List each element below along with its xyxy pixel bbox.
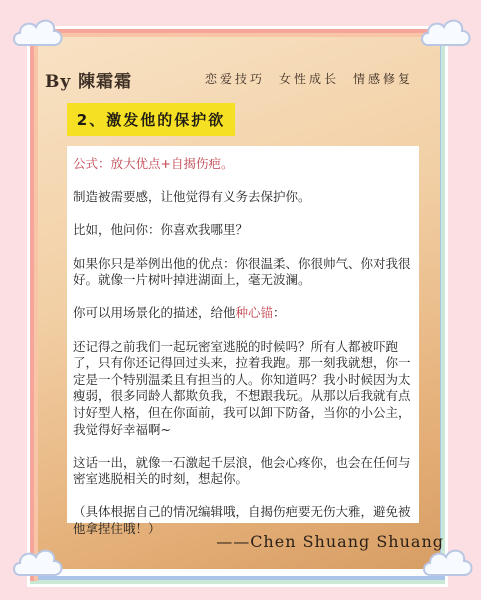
- highlight-text: 种心锚: [236, 305, 274, 320]
- tag-relationship-repair: 情感修复: [353, 70, 413, 87]
- paragraph: 这话一出，就像一石激起千层浪，他会心疼你，也会在任何与密室逃脱相关的时刻，想起你…: [73, 455, 413, 488]
- cloud-icon: [10, 15, 66, 55]
- paragraph: 制造被需要感，让他觉得有义务去保护你。: [73, 189, 413, 206]
- formula-label: 公式：: [73, 156, 111, 171]
- formula-value: 放大优点+自揭伤疤。: [111, 156, 234, 171]
- topic-tags: 恋爱技巧 女性成长 情感修复: [205, 70, 413, 87]
- paragraph: 还记得之前我们一起玩密室逃脱的时候吗？所有人都被吓跑了，只有你还记得回过头来，拉…: [73, 339, 413, 439]
- formula-line: 公式：放大优点+自揭伤疤。: [73, 156, 413, 173]
- paragraph: 你可以用场景化的描述，给他种心锚：: [73, 305, 413, 322]
- paragraph-text: ：: [273, 305, 286, 320]
- tag-love-skills: 恋爱技巧: [205, 70, 265, 87]
- paragraph: 如果你只是举例出他的优点：你很温柔、你很帅气、你对我很好。就像一片树叶掉进湖面上…: [73, 256, 413, 289]
- article-body: 公式：放大优点+自揭伤疤。 制造被需要感，让他觉得有义务去保护你。 比如，他问你…: [67, 146, 419, 523]
- paragraph-text: 你可以用场景化的描述，给他: [73, 305, 236, 320]
- cloud-icon: [10, 545, 66, 585]
- paragraph: 比如，他问你：你喜欢我哪里？: [73, 222, 413, 239]
- author-label: By 陳霜霜: [45, 67, 132, 92]
- section-title: 2、激发他的保护欲: [67, 103, 235, 136]
- signature: ——Chen Shuang Shuang: [216, 532, 444, 551]
- cloud-icon: [420, 545, 476, 585]
- cloud-icon: [418, 15, 474, 55]
- tag-female-growth: 女性成长: [279, 70, 339, 87]
